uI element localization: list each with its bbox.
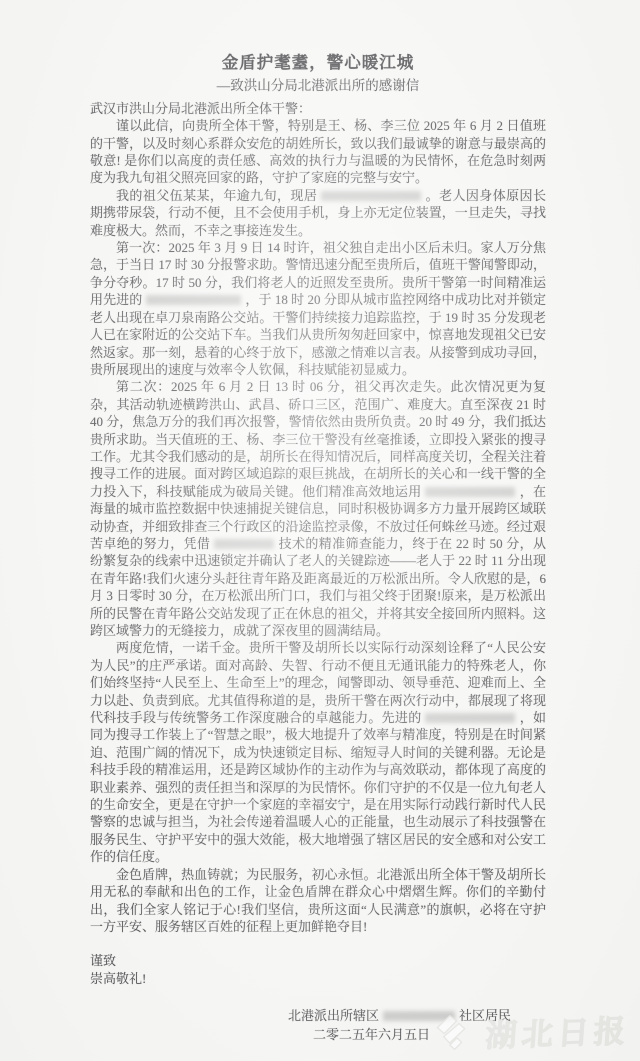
redacted-text [321, 191, 421, 201]
letter-paragraph: 谨以此信，向贵所全体干警，特别是王、杨、李三位 2025 年 6 月 2 日值班… [90, 117, 546, 187]
letter-title: 金盾护耄耋，警心暖江城 [90, 54, 546, 71]
signature-prefix: 北港派出所辖区 [288, 1008, 379, 1023]
redacted-text [146, 295, 241, 305]
redacted-text [214, 539, 274, 549]
letter-salutation: 武汉市洪山分局北港派出所全体干警： [90, 100, 546, 117]
redacted-text [425, 713, 515, 723]
redacted-text [425, 487, 515, 497]
letter-paragraph: 第二次：2025 年 6 月 2 日 13 时 06 分，祖父再次走失。此次情况… [90, 378, 546, 639]
letter-paragraph: 我的祖父伍某某，年逾九旬，现居。老人因身体原因长期携带尿袋，行动不便，且不会使用… [90, 187, 546, 239]
letter-body: 谨以此信，向贵所全体干警，特别是王、杨、李三位 2025 年 6 月 2 日值班… [90, 117, 546, 935]
closing-salute: 崇高敬礼! [90, 970, 546, 987]
signature-suffix: 社区居民 [459, 1008, 511, 1023]
letter-closing: 谨致 崇高敬礼! [90, 952, 546, 987]
letter-subtitle: —致洪山分局北港派出所的感谢信 [90, 77, 546, 94]
signature-date: 二零二五年六月五日 [90, 1026, 546, 1043]
closing-regards: 谨致 [90, 952, 546, 969]
letter-paragraph: 两度危情，一诺千金。贵所干警及胡所长以实际行动深刻诠释了“人民公安为人民”的庄严… [90, 639, 546, 865]
signature-line: 北港派出所辖区社区居民 [90, 1007, 546, 1024]
redacted-community-name [383, 1011, 455, 1021]
thank-you-letter: 金盾护耄耋，警心暖江城 —致洪山分局北港派出所的感谢信 武汉市洪山分局北港派出所… [90, 54, 546, 1043]
letter-paragraph: 第一次：2025 年 3 月 9 日 14 时许，祖父独自走出小区后未归。家人万… [90, 239, 546, 378]
letter-paragraph: 金色盾牌，热血铸就；为民服务，初心永恒。北港派出所全体干警及胡所长用无私的奉献和… [90, 866, 546, 936]
letter-photo: 金盾护耄耋，警心暖江城 —致洪山分局北港派出所的感谢信 武汉市洪山分局北港派出所… [0, 0, 640, 1061]
